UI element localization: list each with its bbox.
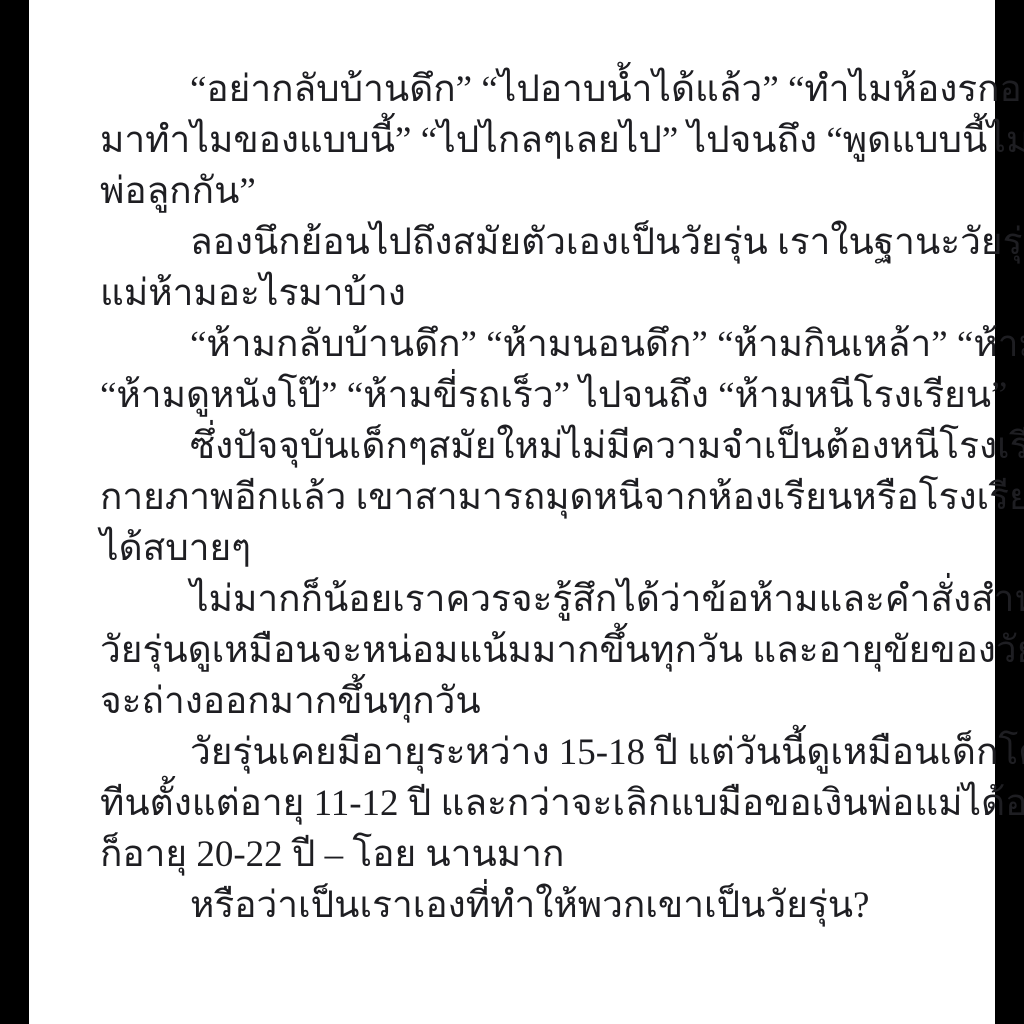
paragraph: ไม่มากก็น้อยเราควรจะรู้สึกได้ว่าข้อห้ามแ… (100, 574, 924, 727)
text-line: ไม่มากก็น้อยเราควรจะรู้สึกได้ว่าข้อห้ามแ… (100, 574, 924, 625)
text-line: หรือว่าเป็นเราเองที่ทำให้พวกเขาเป็นวัยรุ… (100, 880, 924, 931)
text-line: มาทำไมของแบบนี้” “ไปไกลๆเลยไป” ไปจนถึง “… (100, 115, 924, 166)
paragraph: หรือว่าเป็นเราเองที่ทำให้พวกเขาเป็นวัยรุ… (100, 880, 924, 931)
text-line: ก็อายุ 20-22 ปี – โอย นานมาก (100, 829, 924, 880)
left-letterbox-bar (0, 0, 29, 1024)
paragraph: ลองนึกย้อนไปถึงสมัยตัวเองเป็นวัยรุ่น เรา… (100, 217, 924, 319)
text-line: “ห้ามดูหนังโป๊” “ห้ามขี่รถเร็ว” ไปจนถึง … (100, 370, 924, 421)
text-line: วัยรุ่นดูเหมือนจะหน่อมแน้มมากขึ้นทุกวัน … (100, 625, 924, 676)
paragraph: “อย่ากลับบ้านดึก” “ไปอาบน้ำได้แล้ว” “ทำไ… (100, 64, 924, 217)
text-line: ทีนตั้งแต่อายุ 11-12 ปี และกว่าจะเลิกแบม… (100, 778, 924, 829)
paragraph: ซึ่งปัจจุบันเด็กๆสมัยใหม่ไม่มีความจำเป็น… (100, 421, 924, 574)
text-line: จะถ่างออกมากขึ้นทุกวัน (100, 676, 924, 727)
text-line: “อย่ากลับบ้านดึก” “ไปอาบน้ำได้แล้ว” “ทำไ… (100, 64, 924, 115)
document-page: “อย่ากลับบ้านดึก” “ไปอาบน้ำได้แล้ว” “ทำไ… (100, 64, 924, 931)
text-line: “ห้ามกลับบ้านดึก” “ห้ามนอนดึก” “ห้ามกินเ… (100, 319, 924, 370)
text-line: วัยรุ่นเคยมีอายุระหว่าง 15-18 ปี แต่วันน… (100, 727, 924, 778)
text-line: พ่อลูกกัน” (100, 166, 924, 217)
text-line: แม่ห้ามอะไรมาบ้าง (100, 268, 924, 319)
text-line: ได้สบายๆ (100, 523, 924, 574)
text-line: ซึ่งปัจจุบันเด็กๆสมัยใหม่ไม่มีความจำเป็น… (100, 421, 924, 472)
paragraph: วัยรุ่นเคยมีอายุระหว่าง 15-18 ปี แต่วันน… (100, 727, 924, 880)
text-line: กายภาพอีกแล้ว เขาสามารถมุดหนีจากห้องเรีย… (100, 472, 924, 523)
paragraph: “ห้ามกลับบ้านดึก” “ห้ามนอนดึก” “ห้ามกินเ… (100, 319, 924, 421)
text-line: ลองนึกย้อนไปถึงสมัยตัวเองเป็นวัยรุ่น เรา… (100, 217, 924, 268)
page: “อย่ากลับบ้านดึก” “ไปอาบน้ำได้แล้ว” “ทำไ… (0, 0, 1024, 1024)
